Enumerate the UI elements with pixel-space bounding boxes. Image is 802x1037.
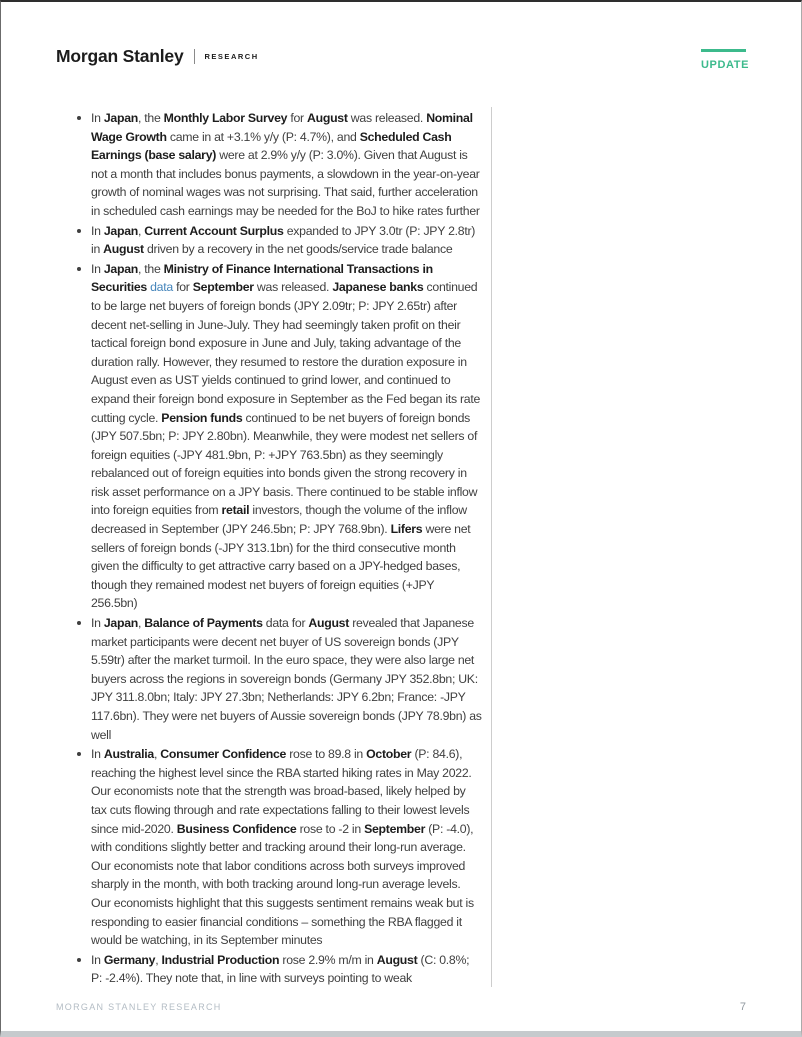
data-link[interactable]: data — [150, 280, 173, 294]
bullet-item: In Japan, Current Account Surplus expand… — [76, 222, 483, 259]
body-text: , the — [138, 111, 164, 125]
header: Morgan Stanley RESEARCH — [56, 46, 259, 67]
body-text: was released. — [254, 280, 333, 294]
update-badge-label: UPDATE — [701, 59, 749, 71]
bold-text: Japan — [104, 262, 138, 276]
page-footer: MORGAN STANLEY RESEARCH 7 — [56, 1001, 746, 1013]
body-text: In — [91, 747, 104, 761]
bold-text: Current Account Surplus — [144, 224, 283, 238]
body-text: (P: -4.0), with conditions slightly bett… — [91, 822, 474, 948]
column-divider — [491, 107, 492, 987]
bold-text: Monthly Labor Survey — [164, 111, 288, 125]
bold-text: Australia — [104, 747, 154, 761]
bold-text: Japan — [104, 111, 138, 125]
body-text: rose 2.9% m/m in — [279, 953, 376, 967]
body-text: data for — [263, 616, 309, 630]
bullet-icon — [77, 116, 81, 120]
body-text: In — [91, 111, 104, 125]
page-number: 7 — [740, 1001, 746, 1013]
bullet-icon — [77, 229, 81, 233]
body-text: , the — [138, 262, 164, 276]
bullet-icon — [77, 267, 81, 271]
bullet-item: In Germany, Industrial Production rose 2… — [76, 951, 483, 987]
bold-text: August — [307, 111, 348, 125]
bold-text: retail — [222, 503, 250, 517]
bold-text: Japanese banks — [332, 280, 423, 294]
bold-text: Japan — [104, 224, 138, 238]
bold-text: Industrial Production — [161, 953, 279, 967]
bold-text: August — [377, 953, 418, 967]
body-text: revealed that Japanese market participan… — [91, 616, 482, 742]
update-badge: UPDATE — [701, 49, 746, 73]
bullet-icon — [77, 752, 81, 756]
brand-divider — [194, 49, 195, 64]
bullet-item: In Japan, the Monthly Labor Survey for A… — [76, 109, 483, 221]
bold-text: Pension funds — [161, 411, 242, 425]
research-label: RESEARCH — [205, 52, 259, 61]
bold-text: August — [103, 242, 144, 256]
bold-text: Consumer Confidence — [160, 747, 286, 761]
bullet-item: In Japan, the Ministry of Finance Intern… — [76, 260, 483, 613]
bullet-icon — [77, 621, 81, 625]
bold-text: October — [366, 747, 411, 761]
body-text: rose to -2 in — [296, 822, 364, 836]
bullet-item: In Australia, Consumer Confidence rose t… — [76, 745, 483, 950]
bullet-item: In Japan, Balance of Payments data for A… — [76, 614, 483, 744]
body-text: continued to be large net buyers of fore… — [91, 280, 480, 424]
body-text: rose to 89.8 in — [286, 747, 366, 761]
body-text: continued to be net buyers of foreign bo… — [91, 411, 477, 518]
body-text: was released. — [348, 111, 427, 125]
body-text: In — [91, 224, 104, 238]
body-text: came in at +3.1% y/y (P: 4.7%), and — [167, 130, 360, 144]
body-text: for — [287, 111, 307, 125]
bold-text: Germany — [104, 953, 155, 967]
body-text: In — [91, 953, 104, 967]
body-text: In — [91, 616, 104, 630]
update-badge-bar — [701, 49, 746, 52]
bold-text: Balance of Payments — [144, 616, 262, 630]
bold-text: Business Confidence — [177, 822, 297, 836]
body-text: driven by a recovery in the net goods/se… — [144, 242, 453, 256]
bullet-icon — [77, 958, 81, 962]
bold-text: August — [308, 616, 349, 630]
body-text: In — [91, 262, 104, 276]
bold-text: September — [193, 280, 254, 294]
bold-text: Lifers — [391, 522, 423, 536]
bold-text: September — [364, 822, 425, 836]
body-text: for — [173, 280, 193, 294]
morgan-stanley-logo: Morgan Stanley — [56, 46, 184, 67]
footer-brand-label: MORGAN STANLEY RESEARCH — [56, 1002, 222, 1012]
bullet-list: In Japan, the Monthly Labor Survey for A… — [76, 109, 483, 987]
bold-text: Japan — [104, 616, 138, 630]
